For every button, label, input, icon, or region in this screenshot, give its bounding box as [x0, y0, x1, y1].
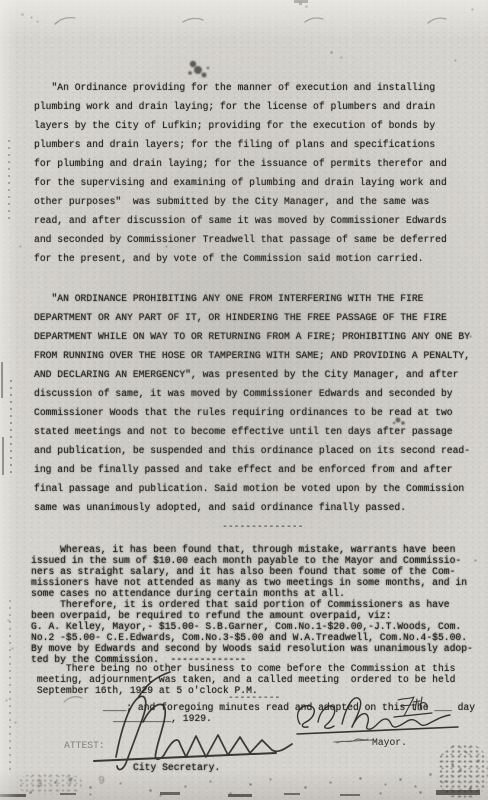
text-line: and publication, be suspended and this o… — [34, 441, 470, 460]
text-line: G. A. Kelley, Mayor,- $15.00- S.B.Garner… — [31, 621, 473, 632]
text-line: layers by the City of Lufkin; providing … — [34, 116, 447, 135]
text-line: read, and after discussion of same it wa… — [34, 211, 447, 230]
bottom-edge-mark — [0, 794, 26, 797]
text-line: AND DECLARING AN EMERGENCY", was present… — [34, 365, 470, 384]
text-line: No.2 -$5.00- C.E.Edwards, Com.No.3-$5.00… — [31, 632, 473, 643]
scanned-minutes-page: "An Ordinance providing for the manner o… — [0, 0, 488, 800]
top-edge-mark — [294, 0, 308, 3]
text-line: Whereas, it has been found that, through… — [31, 544, 473, 555]
text-line: Commissioner Woods that the rules requir… — [34, 403, 470, 422]
text-line: and seconded by Commissioner Treadwell t… — [34, 230, 447, 249]
text-line: been overpaid, be required to refund the… — [31, 610, 473, 621]
left-edge-dotted-artifact — [8, 140, 10, 220]
text-line: By move by Edwards and second by Woods s… — [31, 643, 473, 654]
closing-year-line: __________, 1929. — [113, 713, 212, 724]
bottom-edge-mark — [228, 794, 252, 797]
ink-blot — [188, 61, 209, 78]
left-edge-scan-line — [1, 362, 3, 398]
text-line: DEPARTMENT WHILE ON WAY TO OR RETURNING … — [34, 327, 470, 346]
paragraph-ordinance-fire: "AN ORDINANCE PROHIBITING ANY ONE FROM I… — [34, 289, 470, 517]
text-line: FROM RUNNING OVER THE HOSE OR TAMPERING … — [34, 346, 470, 365]
text-line: some cases no attendance during certain … — [31, 588, 473, 599]
text-line: final passage and publication. Said moti… — [34, 479, 470, 498]
bottom-edge-mark — [436, 790, 480, 795]
text-line: plumbers and drain layers; for the filin… — [34, 135, 447, 154]
paragraph-whereas-salary-refunds: Whereas, it has been found that, through… — [31, 544, 473, 665]
text-line: There being no other business to come be… — [31, 663, 455, 674]
text-line: same was unanimously adopted, and said o… — [34, 498, 470, 517]
paragraph-ordinance-plumbing: "An Ordinance providing for the manner o… — [34, 78, 447, 268]
text-line: meeting, adjournment was taken, and a ca… — [31, 674, 455, 685]
text-line: ners as straight salary, and it has also… — [31, 566, 473, 577]
dash-separator: -------------- — [222, 521, 303, 532]
struck-out-word — [334, 739, 372, 743]
text-line: for plumbing and drain laying; for the i… — [34, 154, 447, 173]
left-edge-dotted-artifact — [10, 380, 12, 475]
text-line: "AN ORDINANCE PROHIBITING ANY ONE FROM I… — [34, 289, 470, 308]
page-edge-numerals: 3 7 9 — [36, 775, 115, 791]
text-line: plumbing work and drain laying; for the … — [34, 97, 447, 116]
attest-label: ATTEST: — [64, 740, 105, 751]
left-edge-dotted-artifact — [9, 600, 11, 770]
text-line: missioners have not attended as many as … — [31, 577, 473, 588]
text-line: "An Ordinance providing for the manner o… — [34, 78, 447, 97]
closing-adoption-line: ____; and foregoing minutes read and ado… — [103, 702, 475, 713]
text-line: stated meetings and not to become effect… — [34, 422, 470, 441]
text-line: ing and be finally passed and take effec… — [34, 460, 470, 479]
text-line: other purposes" was submitted by the Cit… — [34, 192, 447, 211]
mayor-title-label: Mayor. — [372, 737, 407, 748]
text-line: issued in the sum of $10.00 each month p… — [31, 555, 473, 566]
scan-noise-speckles — [0, 0, 1, 1]
left-edge-scan-line — [2, 437, 4, 475]
bottom-edge-mark — [160, 792, 180, 795]
text-line: discussion of same, it was moved by Comm… — [34, 384, 470, 403]
bottom-edge-mark — [284, 793, 300, 795]
text-line: for the supervising and examining of plu… — [34, 173, 447, 192]
corner-noise-blob — [438, 744, 488, 798]
text-line: for the present, and by vote of the Comm… — [34, 249, 447, 268]
bottom-edge-mark — [60, 793, 76, 795]
bottom-edge-mark — [340, 794, 360, 796]
text-line: DEPARTMENT OR ANY PART OF IT, OR HINDERI… — [34, 308, 470, 327]
secretary-title-label: City Secretary. — [133, 762, 220, 773]
text-line: Therefore, it is ordered that said porti… — [31, 599, 473, 610]
